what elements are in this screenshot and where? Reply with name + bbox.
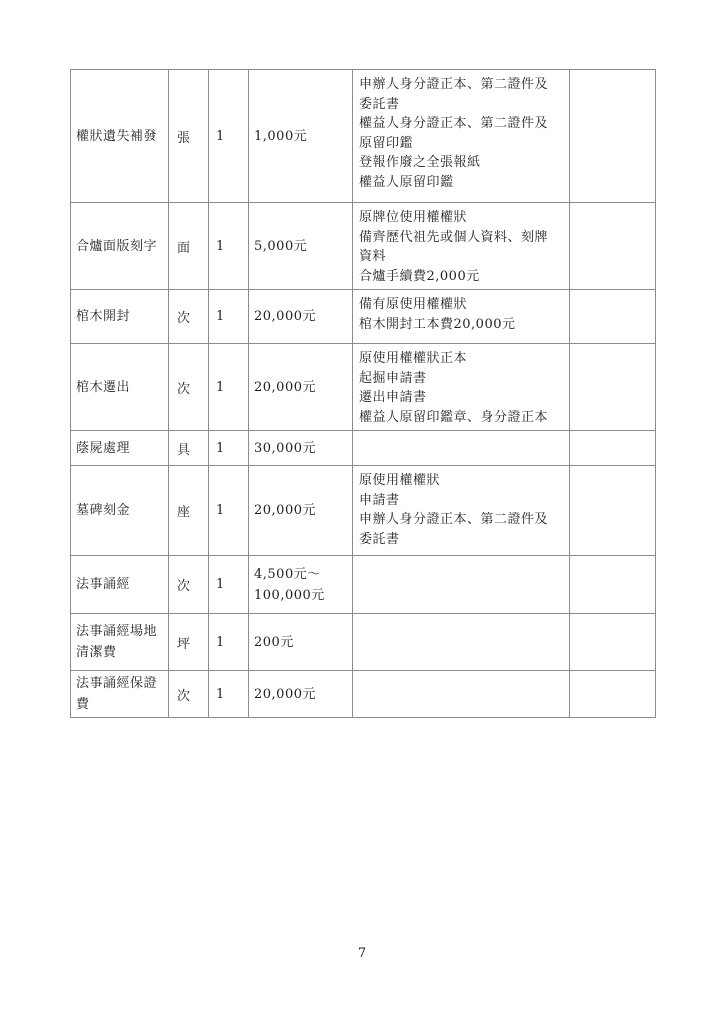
item-name-cell: 法事誦經保證費 [71, 671, 169, 718]
table-row: 法事誦經 次 1 4,500元～ 100,000元 [71, 556, 656, 614]
table-row: 法事誦經場地清潔費 坪 1 200元 [71, 614, 656, 671]
notes-cell: 原使用權權狀正本 起掘申請書 遷出申請書 權益人原留印鑑章、身分證正本 [353, 344, 570, 431]
price-cell: 200元 [249, 614, 353, 671]
unit-cell: 次 [169, 344, 209, 431]
table-row: 法事誦經保證費 次 1 20,000元 [71, 671, 656, 718]
item-name-cell: 蔭屍處理 [71, 431, 169, 466]
quantity-cell: 1 [209, 344, 249, 431]
item-name-cell: 棺木開封 [71, 290, 169, 344]
table-row: 權狀遺失補發 張 1 1,000元 申辦人身分證正本、第二證件及 委託書 權益人… [71, 70, 656, 203]
unit-cell: 具 [169, 431, 209, 466]
price-cell: 30,000元 [249, 431, 353, 466]
unit-cell: 次 [169, 290, 209, 344]
price-cell: 20,000元 [249, 344, 353, 431]
table-row: 棺木遷出 次 1 20,000元 原使用權權狀正本 起掘申請書 遷出申請書 權益… [71, 344, 656, 431]
table-row: 合爐面版刻字 面 1 5,000元 原牌位使用權權狀 備齊歷代祖先或個人資料、刻… [71, 203, 656, 290]
unit-cell: 座 [169, 466, 209, 556]
unit-cell: 坪 [169, 614, 209, 671]
fee-table: 權狀遺失補發 張 1 1,000元 申辦人身分證正本、第二證件及 委託書 權益人… [70, 69, 656, 718]
notes-cell [353, 614, 570, 671]
table-row: 棺木開封 次 1 20,000元 備有原使用權權狀 棺木開封工本費20,000元 [71, 290, 656, 344]
notes-cell: 原使用權權狀 申請書 申辦人身分證正本、第二證件及 委託書 [353, 466, 570, 556]
item-name-cell: 法事誦經 [71, 556, 169, 614]
unit-cell: 次 [169, 556, 209, 614]
fee-table-body: 權狀遺失補發 張 1 1,000元 申辦人身分證正本、第二證件及 委託書 權益人… [71, 70, 656, 718]
quantity-cell: 1 [209, 203, 249, 290]
quantity-cell: 1 [209, 556, 249, 614]
price-cell: 1,000元 [249, 70, 353, 203]
quantity-cell: 1 [209, 614, 249, 671]
price-cell: 20,000元 [249, 671, 353, 718]
page-number: 7 [0, 946, 724, 961]
price-cell: 4,500元～ 100,000元 [249, 556, 353, 614]
price-cell: 5,000元 [249, 203, 353, 290]
quantity-cell: 1 [209, 431, 249, 466]
unit-cell: 面 [169, 203, 209, 290]
unit-cell: 張 [169, 70, 209, 203]
remarks-cell [570, 290, 656, 344]
remarks-cell [570, 70, 656, 203]
item-name-cell: 合爐面版刻字 [71, 203, 169, 290]
remarks-cell [570, 614, 656, 671]
table-row: 墓碑刻金 座 1 20,000元 原使用權權狀 申請書 申辦人身分證正本、第二證… [71, 466, 656, 556]
quantity-cell: 1 [209, 290, 249, 344]
remarks-cell [570, 203, 656, 290]
quantity-cell: 1 [209, 671, 249, 718]
quantity-cell: 1 [209, 466, 249, 556]
remarks-cell [570, 466, 656, 556]
price-cell: 20,000元 [249, 290, 353, 344]
item-name-cell: 棺木遷出 [71, 344, 169, 431]
notes-cell [353, 671, 570, 718]
notes-cell [353, 556, 570, 614]
notes-cell: 原牌位使用權權狀 備齊歷代祖先或個人資料、刻牌 資料 合爐手續費2,000元 [353, 203, 570, 290]
table-row: 蔭屍處理 具 1 30,000元 [71, 431, 656, 466]
remarks-cell [570, 344, 656, 431]
quantity-cell: 1 [209, 70, 249, 203]
remarks-cell [570, 671, 656, 718]
item-name-cell: 墓碑刻金 [71, 466, 169, 556]
notes-cell: 備有原使用權權狀 棺木開封工本費20,000元 [353, 290, 570, 344]
notes-cell [353, 431, 570, 466]
document-page: 權狀遺失補發 張 1 1,000元 申辦人身分證正本、第二證件及 委託書 權益人… [0, 0, 724, 1024]
remarks-cell [570, 431, 656, 466]
item-name-cell: 權狀遺失補發 [71, 70, 169, 203]
unit-cell: 次 [169, 671, 209, 718]
remarks-cell [570, 556, 656, 614]
item-name-cell: 法事誦經場地清潔費 [71, 614, 169, 671]
notes-cell: 申辦人身分證正本、第二證件及 委託書 權益人身分證正本、第二證件及 原留印鑑 登… [353, 70, 570, 203]
price-cell: 20,000元 [249, 466, 353, 556]
